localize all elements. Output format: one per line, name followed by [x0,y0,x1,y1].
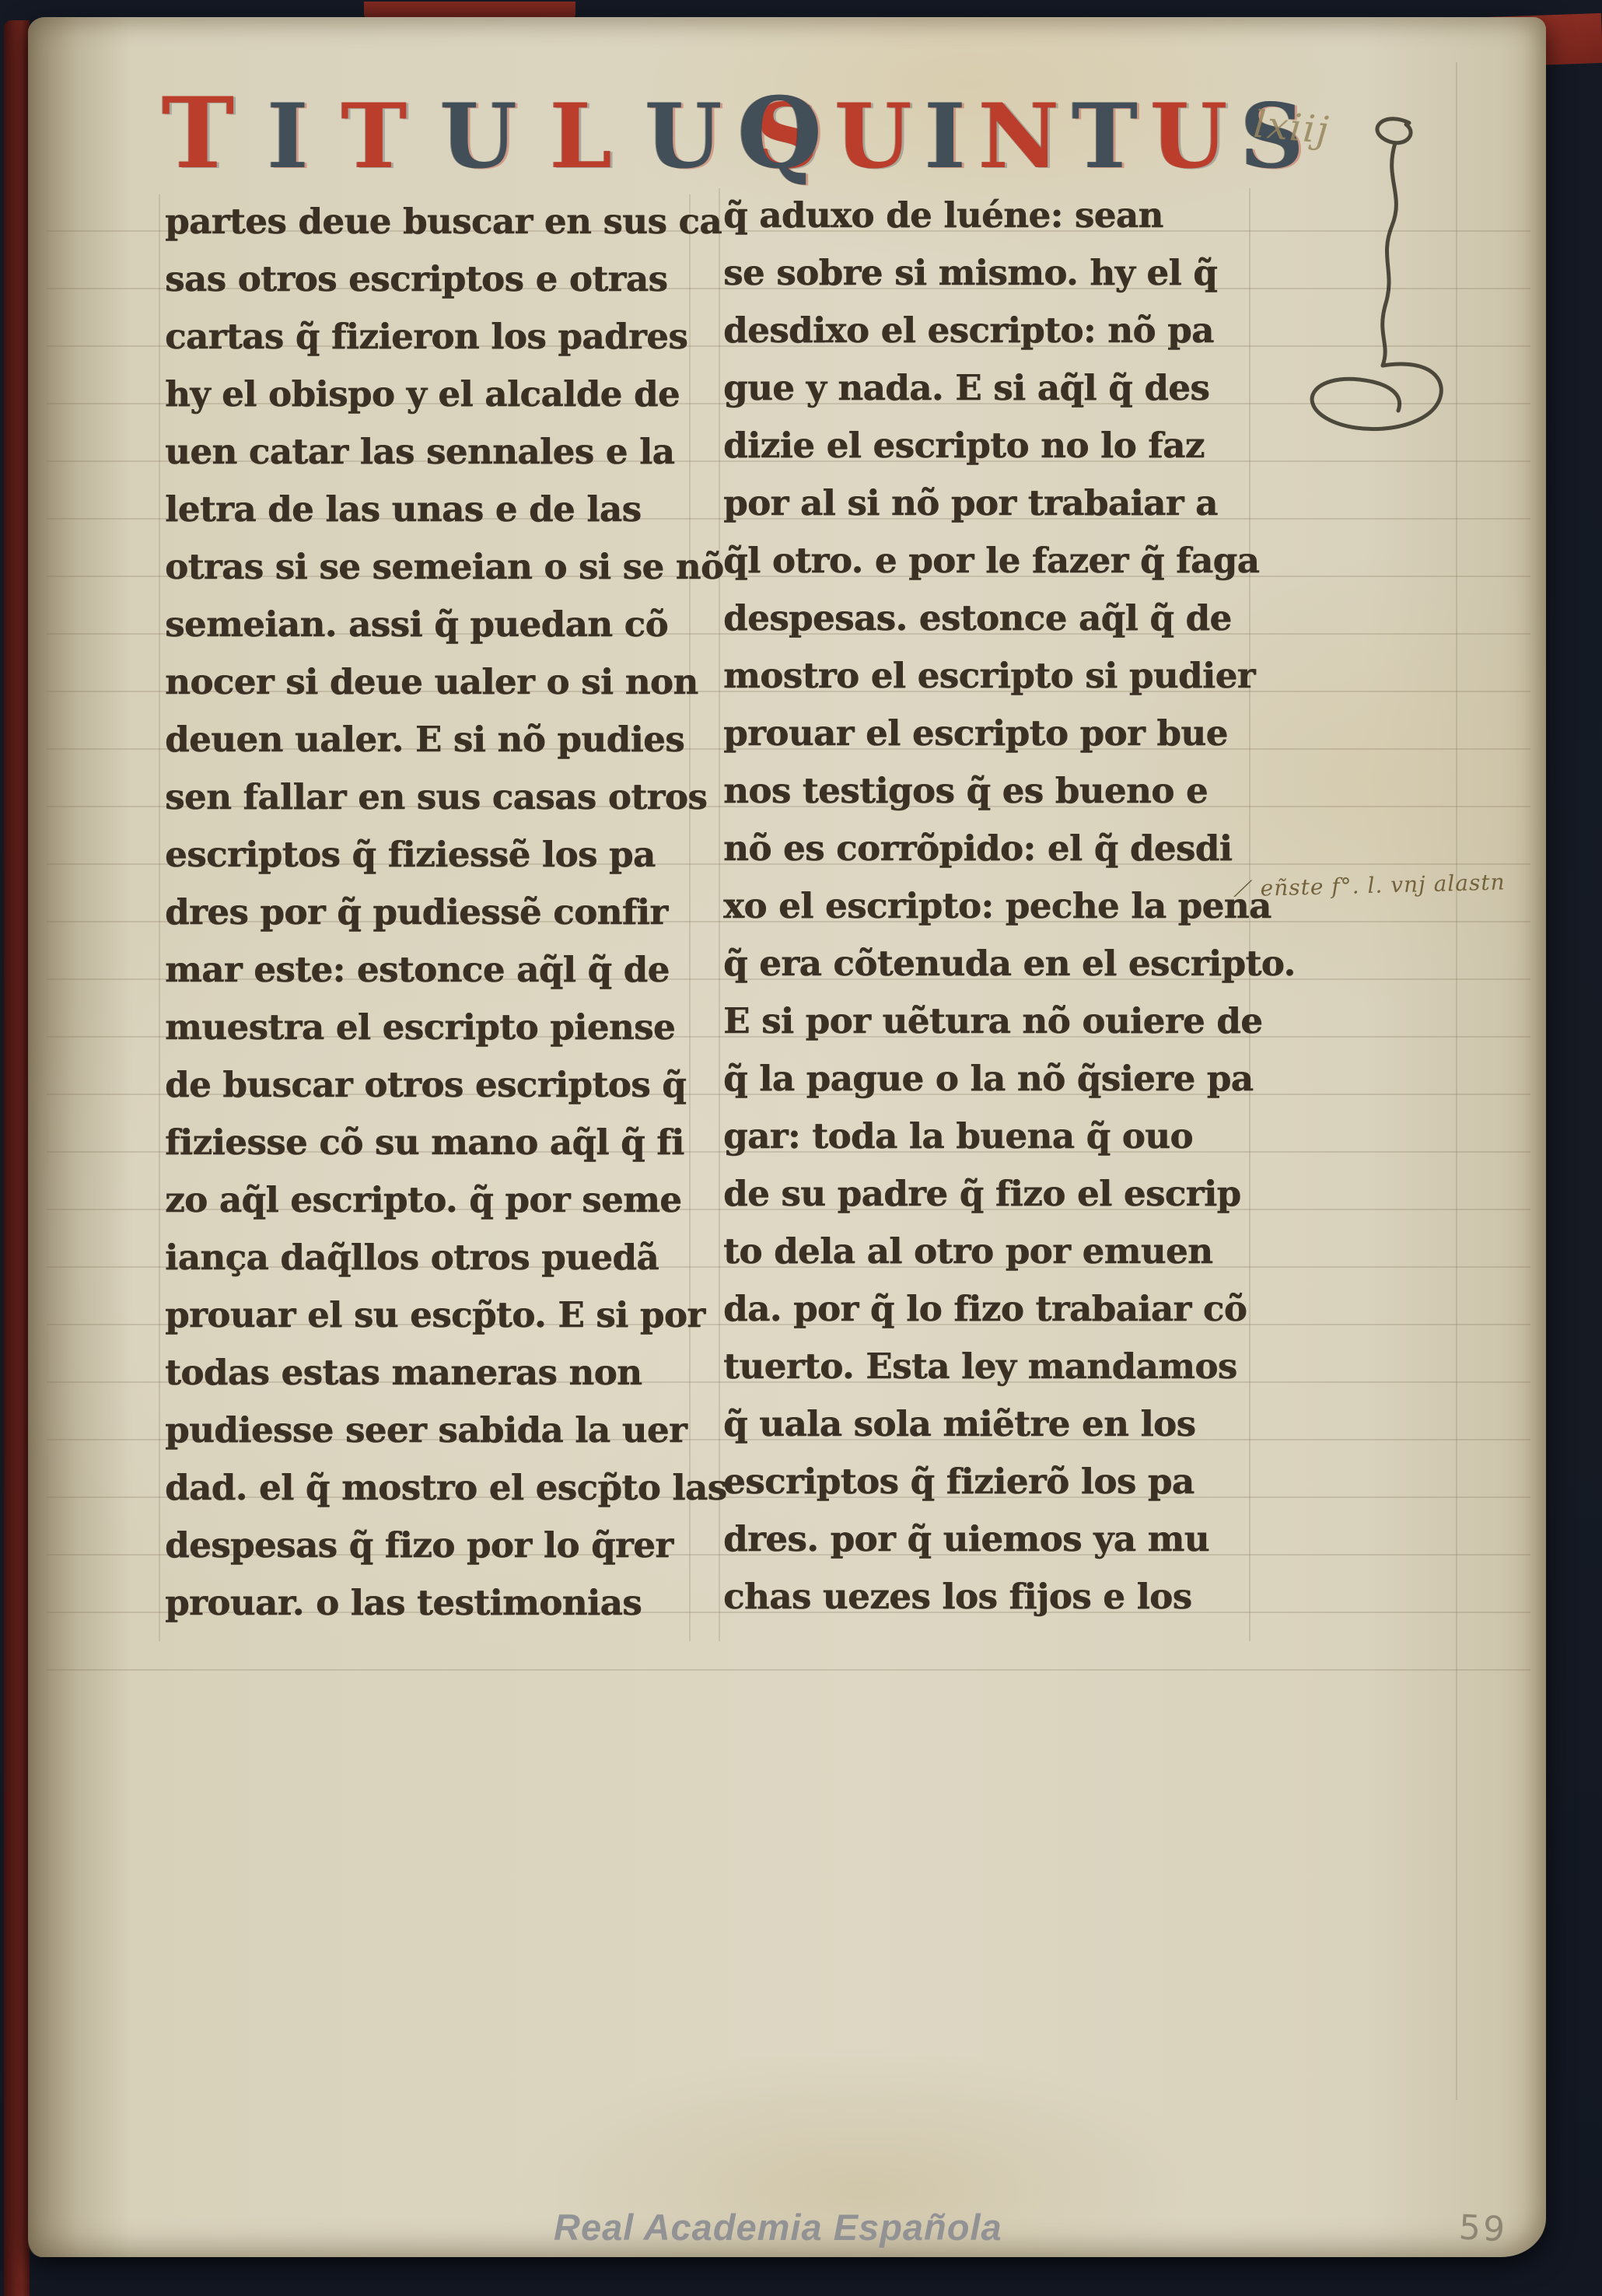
illuminated-letter: U [834,78,924,194]
text-line: q̃l otro. e por le fazer q̃ faga [723,532,1268,590]
text-line: desdixo el escripto: nõ pa [723,302,1268,359]
text-line: escriptos q̃ fiziessẽ los pa [165,826,709,884]
text-line: gar: toda la buena q̃ ouo [723,1108,1268,1165]
text-line: letra de las unas e de las [165,481,709,538]
text-line: otras si se semeian o si se nõ [165,538,709,596]
text-column-right: q̃ aduxo de luéne: seanse sobre si mismo… [723,187,1268,1626]
text-line: semeian. assi q̃ puedan cõ [165,596,709,653]
illuminated-letter: Q [737,75,834,191]
text-line: E si por uẽtura nõ ouiere de [723,992,1268,1050]
illuminated-letter: T [162,75,267,191]
text-line: uen catar las sennales e la [165,423,709,481]
text-line: prouar el su escp̃to. E si por [165,1286,709,1344]
text-line: hy el obispo y el alcalde de [165,366,709,423]
correction-tick: ⟋ [1233,876,1250,902]
pen-flourish-icon [1291,107,1470,442]
text-line: mar este: estonce aq̃l q̃ de [165,941,709,999]
text-line: xo el escripto: peche la pena [723,877,1268,935]
text-line: despesas q̃ fizo por lo q̃rer [165,1517,709,1574]
text-line: deuen ualer. E si nõ pudies [165,711,709,768]
illuminated-letter: U [439,78,549,194]
text-line: nocer si deue ualer o si non [165,653,709,711]
text-line: q̃ uala sola miẽtre en los [723,1395,1268,1453]
text-line: fiziesse cõ su mano aq̃l q̃ fi [165,1114,709,1171]
text-line: de buscar otros escriptos q̃ [165,1056,709,1114]
library-watermark: Real Academia Española [554,2206,1002,2249]
book-binding-edge [4,20,30,2296]
marginal-note-text: eñste f°. l. vnj alastn [1260,869,1506,901]
illuminated-letter: I [267,78,341,194]
text-line: tuerto. Esta ley mandamos [723,1338,1268,1395]
illuminated-letter: U [1150,78,1240,194]
text-line: dres por q̃ pudiessẽ confir [165,884,709,941]
text-line: por al si nõ por trabaiar a [723,474,1268,532]
text-line: q̃ la pague o la nõ q̃siere pa [723,1050,1268,1108]
illuminated-letter: I [925,78,978,194]
illuminated-letter: T [341,78,440,194]
text-line: nos testigos q̃ es bueno e [723,762,1268,820]
text-line: to dela al otro por emuen [723,1223,1268,1280]
text-line: despesas. estonce aq̃l q̃ de [723,590,1268,647]
illuminated-letter: T [1072,78,1150,194]
text-line: nõ es corrõpido: el q̃ desdi [723,820,1268,877]
text-line: zo aq̃l escripto. q̃ por seme [165,1171,709,1229]
text-line: sen fallar en sus casas otros [165,768,709,826]
photographed-manuscript: TITULUS QUINTUS partes deue buscar en su… [0,0,1602,2296]
text-line: q̃ aduxo de luéne: sean [723,187,1268,244]
text-line: sas otros escriptos e otras [165,250,709,308]
text-line: muestra el escripto piense [165,999,709,1056]
text-line: mostro el escripto si pudier [723,647,1268,705]
text-column-left: partes deue buscar en sus casas otros es… [165,193,709,1632]
text-line: gue y nada. E si aq̃l q̃ des [723,359,1268,417]
text-line: se sobre si mismo. hy el q̃ [723,244,1268,302]
text-line: da. por q̃ lo fizo trabaiar cõ [723,1280,1268,1338]
text-line: prouar. o las testimonias [165,1574,709,1632]
text-line: pudiesse seer sabida la uer [165,1402,709,1459]
text-line: partes deue buscar en sus ca [165,193,709,250]
text-line: iança daq̃llos otros puedã [165,1229,709,1286]
text-line: todas estas maneras non [165,1344,709,1402]
heading-word-quintus: QUINTUS [737,75,1317,191]
pencil-page-number: 59 [1458,2207,1509,2249]
text-line: de su padre q̃ fizo el escrip [723,1165,1268,1223]
text-line: dizie el escripto no lo faz [723,417,1268,474]
text-line: q̃ era cõtenuda en el escripto. [723,935,1268,992]
illuminated-letter: N [978,78,1072,194]
text-line: escriptos q̃ fizierõ los pa [723,1453,1268,1510]
text-line: dres. por q̃ uiemos ya mu [723,1510,1268,1568]
text-line: dad. el q̃ mostro el escp̃to las [165,1459,709,1517]
illuminated-letter: L [550,78,645,194]
text-line: prouar el escripto por bue [723,705,1268,762]
text-line: chas uezes los fijos e los [723,1568,1268,1626]
text-line: cartas q̃ fizieron los padres [165,308,709,366]
